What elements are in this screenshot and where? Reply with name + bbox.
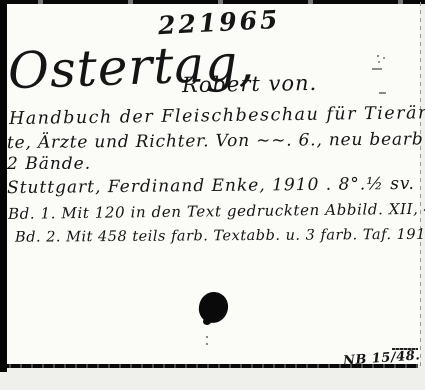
imprint-line: Stuttgart, Ferdinand Enke, 1910 . 8°.½ s… bbox=[7, 174, 415, 198]
hole-punch-ink-blob bbox=[203, 318, 211, 325]
pencil-dash-mark bbox=[372, 68, 382, 70]
scan-edge-right bbox=[420, 2, 421, 368]
title-line-2: te, Ärzte und Richter. Von ~~. 6., neu b… bbox=[7, 129, 425, 153]
scan-edge-top bbox=[0, 0, 425, 4]
pencil-dots-mark bbox=[377, 55, 379, 57]
title-line-3: 2 Bände. bbox=[7, 154, 91, 174]
volume-2-line: Bd. 2. Mit 458 teils farb. Textabb. u. 3… bbox=[15, 226, 425, 245]
scanned-catalog-card: 221965 Ostertag, Robert von. Handbuch de… bbox=[0, 0, 425, 390]
scan-edge-left bbox=[0, 0, 7, 372]
pencil-dash-mark bbox=[379, 92, 386, 94]
author-forename: Robert von. bbox=[182, 71, 318, 97]
pencil-colon-mark bbox=[206, 336, 208, 338]
